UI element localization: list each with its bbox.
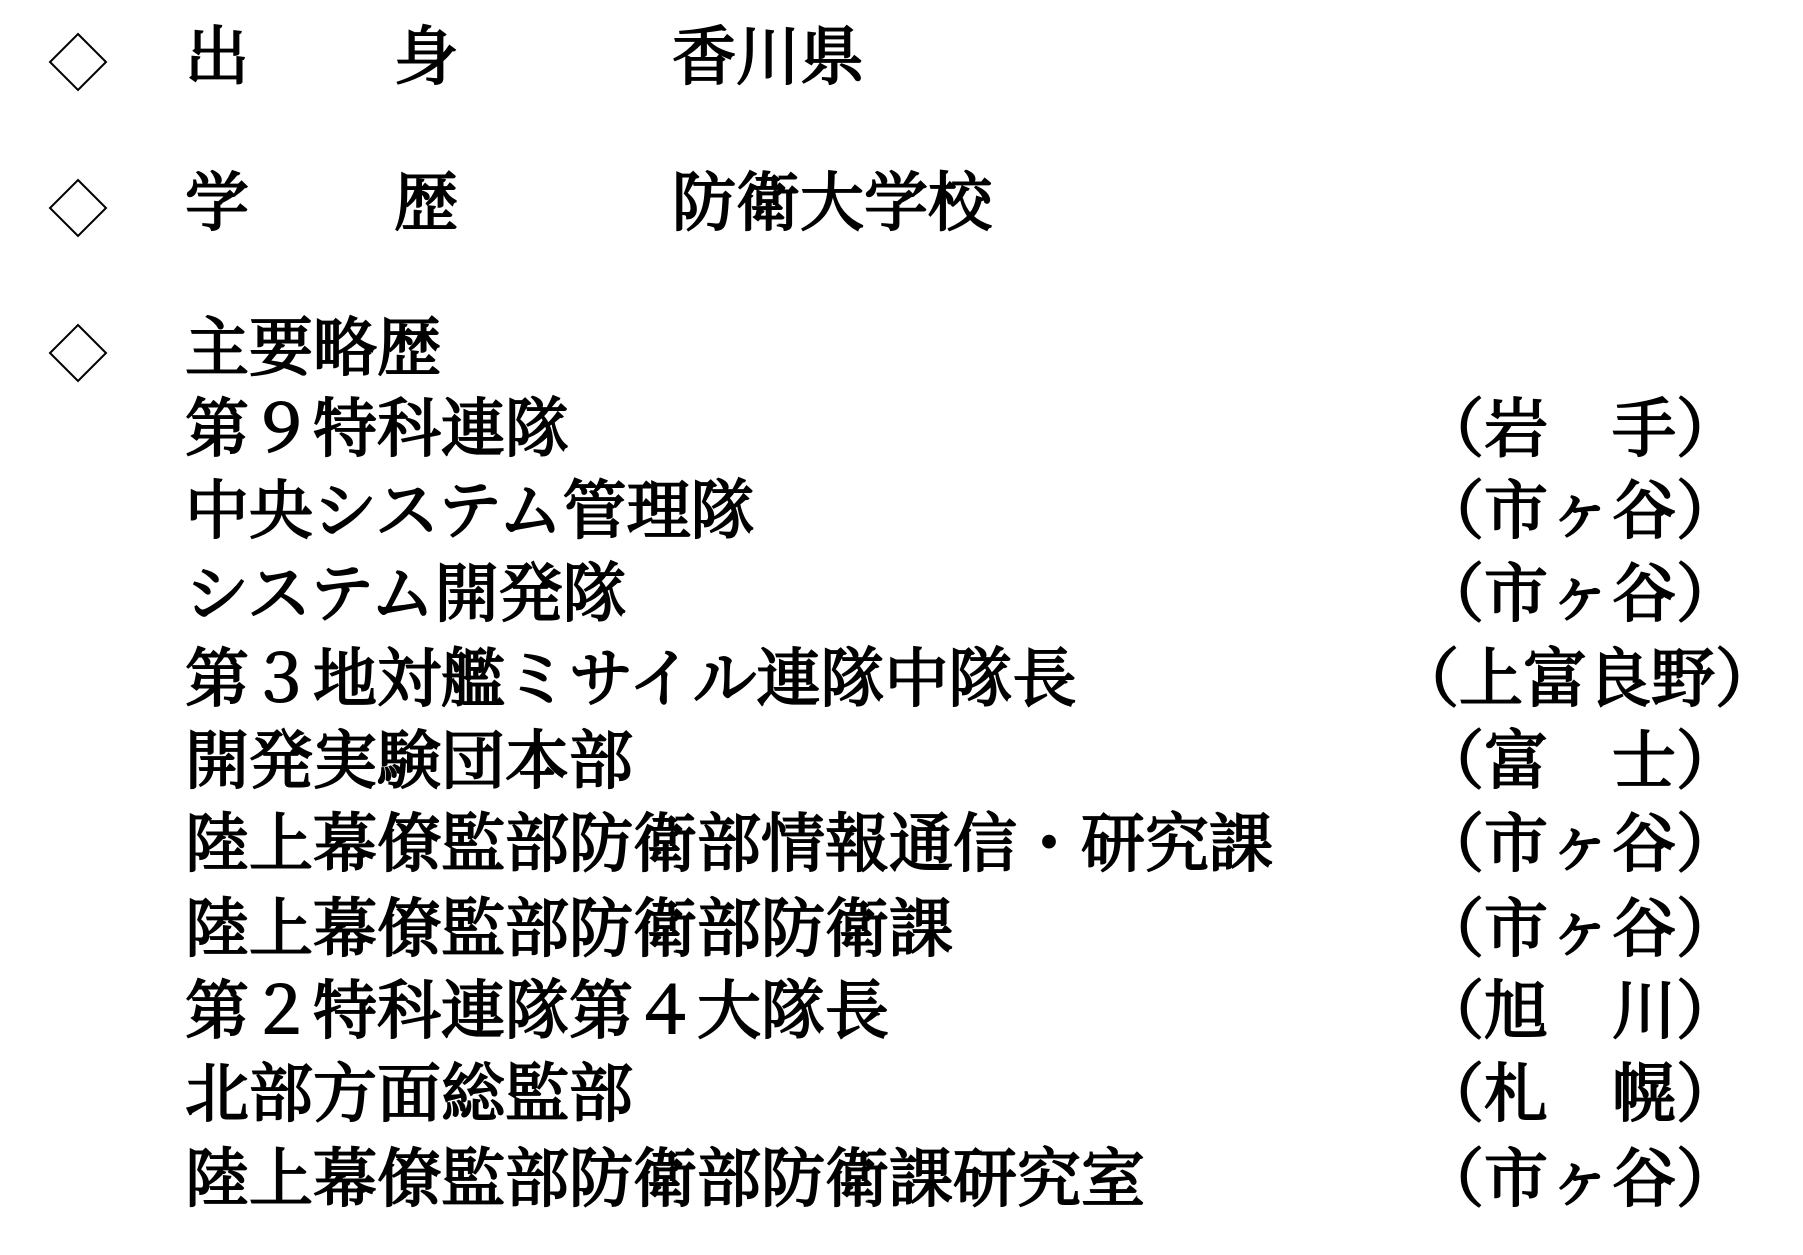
career-heading-row: 主要略歴	[0, 309, 1803, 389]
career-row: システム開発隊 （市ヶ谷）	[0, 555, 1803, 635]
career-position: 第２特科連隊第４大隊長	[185, 972, 889, 1052]
origin-label: 出身	[185, 18, 603, 98]
career-row: 第３地対艦ミサイル連隊中隊長 （上富良野）	[0, 640, 1803, 720]
origin-row: 出身 香川県	[0, 18, 1803, 98]
career-row: 第９特科連隊 （岩 手）	[0, 390, 1803, 470]
career-position: 開発実験団本部	[185, 722, 633, 802]
career-heading: 主要略歴	[185, 309, 441, 389]
career-row: 第２特科連隊第４大隊長 （旭 川）	[0, 972, 1803, 1052]
career-location: （旭 川）	[1420, 972, 1710, 1052]
career-position: 陸上幕僚監部防衛部防衛課研究室	[185, 1140, 1145, 1220]
career-position: 第９特科連隊	[185, 390, 569, 470]
career-position: 陸上幕僚監部防衛部防衛課	[185, 890, 953, 970]
diamond-bullet-icon	[46, 30, 110, 94]
education-row: 学歴 防衛大学校	[0, 164, 1803, 244]
education-label: 学歴	[185, 164, 603, 244]
career-row: 陸上幕僚監部防衛部防衛課 （市ヶ谷）	[0, 890, 1803, 970]
career-row: 開発実験団本部 （富 士）	[0, 722, 1803, 802]
career-location: （市ヶ谷）	[1420, 472, 1710, 552]
career-position: システム開発隊	[185, 555, 627, 635]
career-position: 北部方面総監部	[185, 1055, 633, 1135]
career-location: （市ヶ谷）	[1420, 555, 1710, 635]
career-row: 陸上幕僚監部防衛部防衛課研究室 （市ヶ谷）	[0, 1140, 1803, 1220]
career-location: （市ヶ谷）	[1420, 1140, 1710, 1220]
career-position: 中央システム管理隊	[185, 472, 755, 552]
career-location: （札 幌）	[1420, 1055, 1710, 1135]
career-row: 北部方面総監部 （札 幌）	[0, 1055, 1803, 1135]
career-location: （市ヶ谷）	[1420, 805, 1710, 885]
career-location: （富 士）	[1420, 722, 1710, 802]
diamond-bullet-icon	[46, 321, 110, 385]
origin-value: 香川県	[672, 18, 864, 98]
career-position: 陸上幕僚監部防衛部情報通信・研究課	[185, 805, 1273, 885]
career-row: 陸上幕僚監部防衛部情報通信・研究課 （市ヶ谷）	[0, 805, 1803, 885]
career-position: 第３地対艦ミサイル連隊中隊長	[185, 640, 1077, 720]
career-location: （上富良野）	[1395, 640, 1740, 720]
career-location: （市ヶ谷）	[1420, 890, 1710, 970]
education-value: 防衛大学校	[672, 164, 992, 244]
career-location: （岩 手）	[1420, 390, 1710, 470]
career-row: 中央システム管理隊 （市ヶ谷）	[0, 472, 1803, 552]
diamond-bullet-icon	[46, 176, 110, 240]
